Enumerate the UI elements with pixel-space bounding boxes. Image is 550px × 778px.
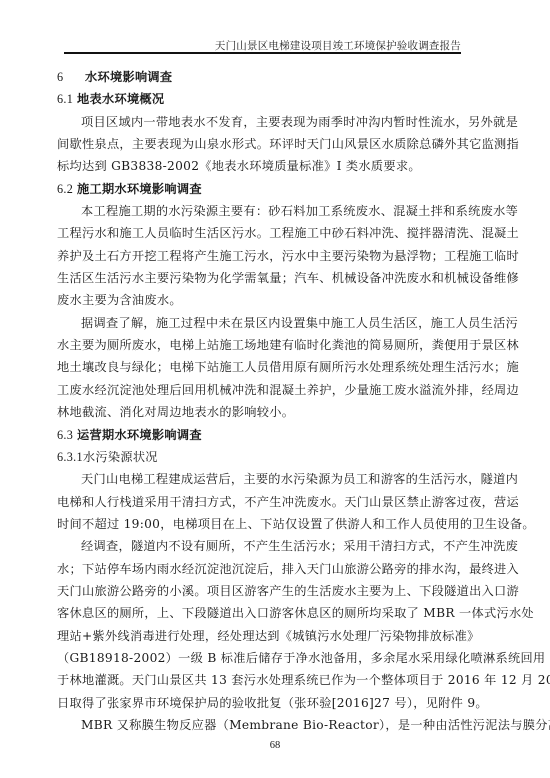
running-header: 天门山景区电梯建设项目竣工环境保护验收调查报告 [64,38,461,53]
text-line: 标均达到 GB3838-2002《地表水环境质量标准》I 类水质要求。 [57,155,469,177]
text-line: 客休息区的厕所，上、下段隧道出入口游客休息区的厕所均采取了 MBR 一体式污水处 [57,602,469,624]
heading-number: 6.3.1 [57,450,83,464]
text-line: 理站+紫外线消毒进行处理，经处理达到《城镇污水处理厂污染物排放标准》 [57,625,469,647]
heading-title: 运营期水环境影响调查 [77,428,202,442]
heading-number: 6 [57,66,85,88]
paragraph-surface-water: 项目区域内一带地表水不发育，主要表现为雨季时冲沟内暂时性流水，另外就是 间歇性泉… [57,111,469,178]
heading-title: 施工期水环境影响调查 [77,182,202,196]
header-rule [64,52,461,54]
heading-number: 6.2 [57,178,77,200]
text-line: 工废水经沉淀池处理后回用机械冲洗和混凝土养护，少量施工废水溢流外排，经周边 [57,379,469,401]
paragraph-construction-survey: 据调查了解，施工过程中未在景区内设置集中施工人员生活区，施工人员生活污 水主要为… [57,312,469,424]
text-line: 水；下站停车场内雨水经沉淀池沉淀后，排入天门山旅游公路旁的排水沟，最终进入 [57,558,469,580]
paragraph-construction-sources: 本工程施工期的水污染源主要有：砂石料加工系统废水、混凝土拌和系统废水等 工程污水… [57,200,469,312]
text-line: 于林地灌溉。天门山景区共 13 套污水处理系统已作为一个整体项目于 2016 年… [57,669,469,691]
text-line: 经调查，隧道内不设有厕所，不产生生活污水；采用干清扫方式，不产生冲洗废 [57,535,469,557]
text-line: 据调查了解，施工过程中未在景区内设置集中施工人员生活区，施工人员生活污 [57,312,469,334]
text-line: 间歇性泉点，主要表现为山泉水形式。环评时天门山风景区水质除总磷外其它监测指 [57,133,469,155]
text-line: 天门山旅游公路旁的小溪。项目区游客产生的生活废水主要为上、下段隧道出入口游 [57,580,469,602]
text-line: 养护及土石方开挖工程将产生施工污水，污水中主要污染物为悬浮物；工程施工临时 [57,245,469,267]
page-number: 68 [0,740,550,751]
heading-title: 水污染源状况 [83,450,158,464]
heading-number: 6.1 [57,88,77,110]
heading-section-6-3-1: 6.3.1水污染源状况 [57,446,469,468]
paragraph-operation-survey: 经调查，隧道内不设有厕所，不产生生活污水；采用干清扫方式，不产生冲洗废 水；下站… [57,535,469,714]
text-line: MBR 又称膜生物反应器（Membrane Bio-Reactor），是一种由活… [57,714,469,736]
heading-section-6-3: 6.3运营期水环境影响调查 [57,424,469,446]
heading-title: 地表水环境概况 [77,92,164,106]
text-line: 水主要为厕所废水，电梯上站施工场地建有临时化粪池的简易厕所，粪便用于景区林 [57,334,469,356]
text-line: 地土壤改良与绿化；电梯下站施工人员借用原有厕所污水处理系统处理生活污水；施 [57,356,469,378]
paragraph-mbr-definition: MBR 又称膜生物反应器（Membrane Bio-Reactor），是一种由活… [57,714,469,736]
heading-number: 6.3 [57,424,77,446]
text-line: 林地截流、消化对周边地表水的影响较小。 [57,401,469,423]
text-line: 废水主要为含油废水。 [57,289,469,311]
heading-section-6-2: 6.2施工期水环境影响调查 [57,178,469,200]
heading-title: 水环境影响调查 [85,70,172,84]
text-line: 工程污水和施工人员临时生活区污水。工程施工中砂石料冲洗、搅拌器清洗、混凝土 [57,222,469,244]
text-line: 本工程施工期的水污染源主要有：砂石料加工系统废水、混凝土拌和系统废水等 [57,200,469,222]
text-line: 生活区生活污水主要污染物为化学需氧量；汽车、机械设备冲洗废水和机械设备维修 [57,267,469,289]
page-body: 6水环境影响调查 6.1地表水环境概况 项目区域内一带地表水不发育，主要表现为雨… [57,66,469,736]
heading-section-6: 6水环境影响调查 [57,66,469,88]
text-line: 电梯和人行栈道采用干清扫方式，不产生冲洗废水。天门山景区禁止游客过夜，营运 [57,491,469,513]
paragraph-operation-sources: 天门山电梯工程建成运营后，主要的水污染源为员工和游客的生活污水，隧道内 电梯和人… [57,468,469,535]
text-line: （GB18918-2002）一级 B 标准后储存于净水池备用，多余尾水采用绿化喷… [57,647,469,669]
document-page: 天门山景区电梯建设项目竣工环境保护验收调查报告 6水环境影响调查 6.1地表水环… [0,0,550,778]
text-line: 项目区域内一带地表水不发育，主要表现为雨季时冲沟内暂时性流水，另外就是 [57,111,469,133]
text-line: 时间不超过 19:00，电梯项目在上、下站仅设置了供游人和工作人员使用的卫生设备… [57,513,469,535]
text-line: 日取得了张家界市环境保护局的验收批复（张环验[2016]27 号），见附件 9。 [57,692,469,714]
text-line: 天门山电梯工程建成运营后，主要的水污染源为员工和游客的生活污水，隧道内 [57,468,469,490]
heading-section-6-1: 6.1地表水环境概况 [57,88,469,110]
